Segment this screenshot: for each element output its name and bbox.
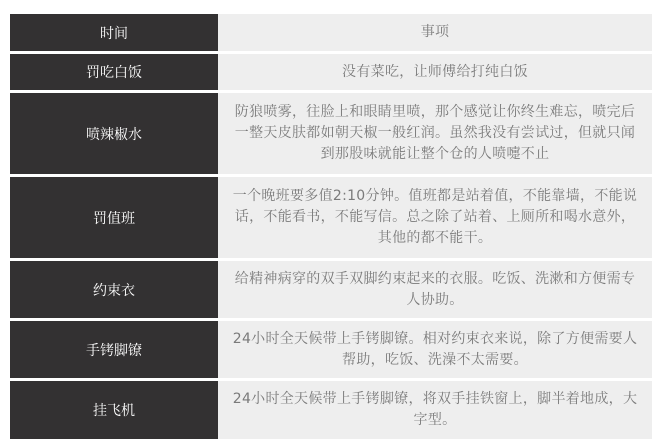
row-label: 罚值班	[10, 177, 218, 258]
row-description: 给精神病穿的双手双脚约束起来的衣服。吃饭、洗漱和方便需专人协助。	[218, 261, 652, 318]
table-row: 罚吃白饭 没有菜吃，让师傅给打纯白饭	[10, 54, 652, 90]
row-description: 防狼喷雾，往脸上和眼睛里喷，那个感觉让你终生难忘，喷完后一整天皮肤都如朝天椒一般…	[218, 93, 652, 174]
header-item: 事项	[218, 14, 652, 51]
table-row: 手铐脚镣 24小时全天候带上手铐脚镣。相对约束衣来说，除了方便需要人帮助，吃饭、…	[10, 321, 652, 378]
row-label: 挂飞机	[10, 381, 218, 439]
row-label: 手铐脚镣	[10, 321, 218, 378]
row-label: 约束衣	[10, 261, 218, 318]
table-row: 约束衣 给精神病穿的双手双脚约束起来的衣服。吃饭、洗漱和方便需专人协助。	[10, 261, 652, 318]
row-label: 罚吃白饭	[10, 54, 218, 90]
row-description: 一个晚班要多值2:10分钟。值班都是站着值，不能靠墙，不能说话，不能看书，不能写…	[218, 177, 652, 258]
row-description: 没有菜吃，让师傅给打纯白饭	[218, 54, 652, 90]
row-description: 24小时全天候带上手铐脚镣。相对约束衣来说，除了方便需要人帮助，吃饭、洗澡不太需…	[218, 321, 652, 378]
punishment-table: 时间 事项 罚吃白饭 没有菜吃，让师傅给打纯白饭 喷辣椒水 防狼喷雾，往脸上和眼…	[10, 14, 652, 442]
row-label: 喷辣椒水	[10, 93, 218, 174]
table-row: 罚值班 一个晚班要多值2:10分钟。值班都是站着值，不能靠墙，不能说话，不能看书…	[10, 177, 652, 258]
table-row: 挂飞机 24小时全天候带上手铐脚镣，将双手挂铁窗上，脚半着地成，大字型。	[10, 381, 652, 439]
table-row: 喷辣椒水 防狼喷雾，往脸上和眼睛里喷，那个感觉让你终生难忘，喷完后一整天皮肤都如…	[10, 93, 652, 174]
row-description: 24小时全天候带上手铐脚镣，将双手挂铁窗上，脚半着地成，大字型。	[218, 381, 652, 439]
header-time: 时间	[10, 14, 218, 51]
table-header-row: 时间 事项	[10, 14, 652, 51]
